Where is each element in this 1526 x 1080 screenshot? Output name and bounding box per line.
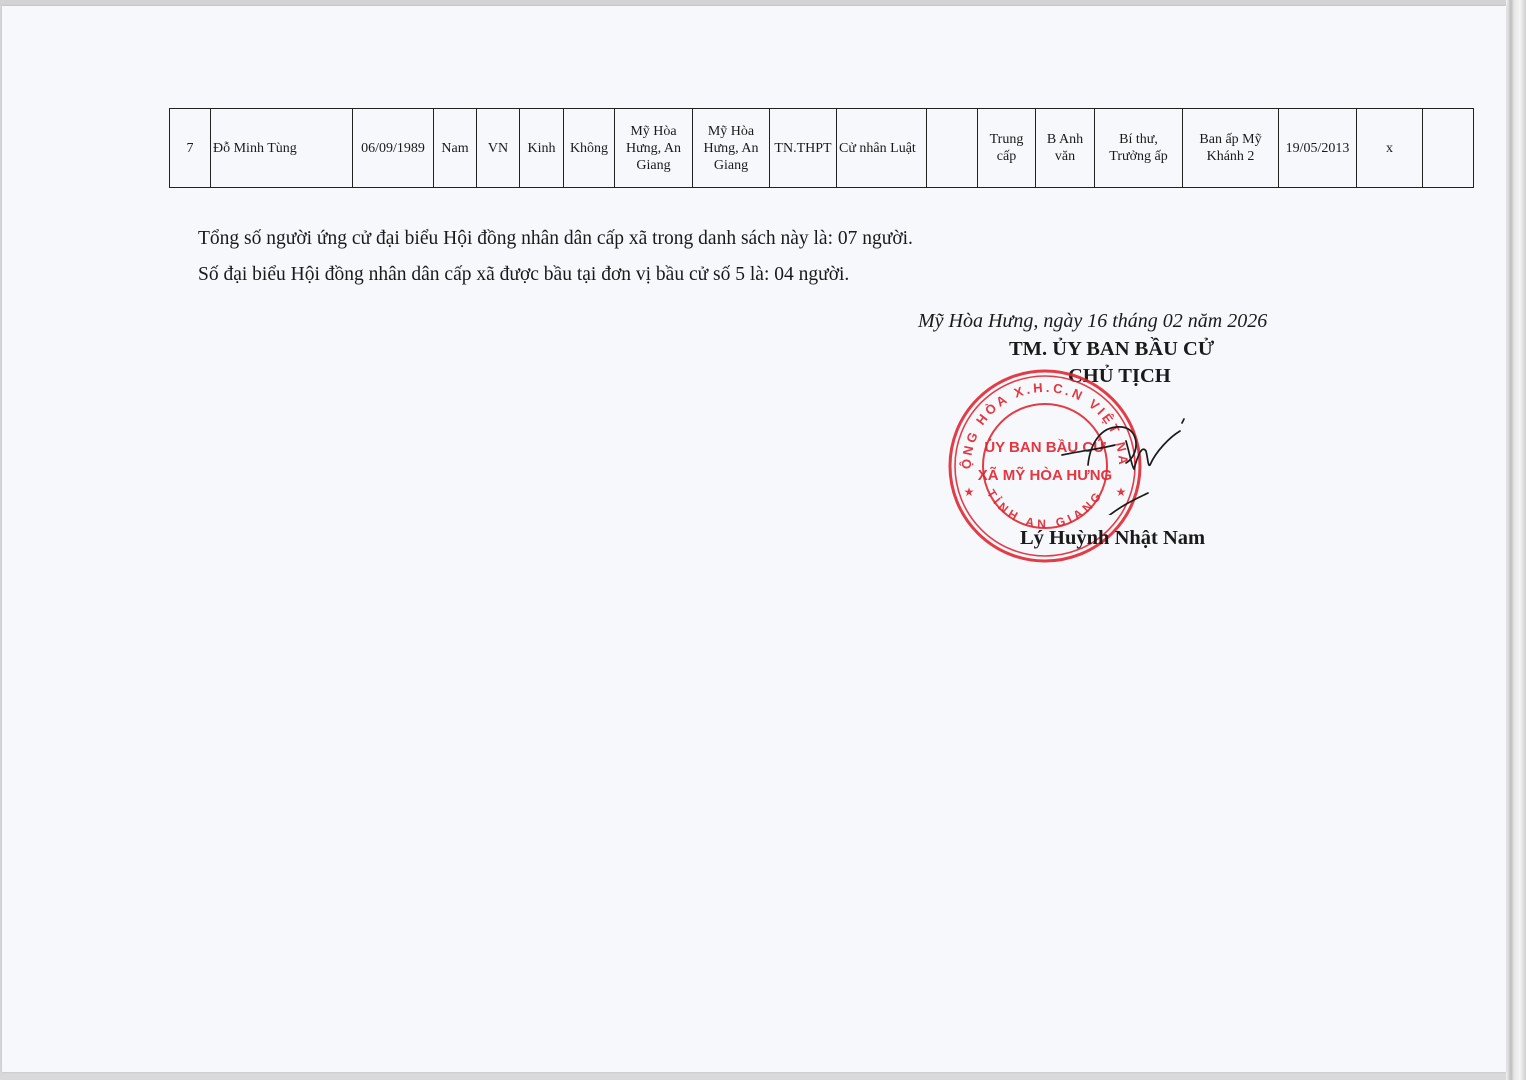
cell-full-name: Đỗ Minh Tùng <box>211 109 353 188</box>
signatory-name: Lý Huỳnh Nhật Nam <box>1020 527 1205 550</box>
signature-place-date: Mỹ Hòa Hưng, ngày 16 tháng 02 năm 2026 <box>918 310 1267 333</box>
summary-seats: Số đại biểu Hội đồng nhân dân cấp xã đượ… <box>198 264 849 286</box>
table-row: 7 Đỗ Minh Tùng 06/09/1989 Nam VN Kinh Kh… <box>170 109 1474 188</box>
cell-workplace: Ban ấp Mỹ Khánh 2 <box>1183 109 1279 188</box>
viewer-right-edge <box>1506 0 1526 1080</box>
cell-professional-degree: Cử nhân Luật <box>837 109 927 188</box>
cell-position: Bí thư, Trưởng ấp <box>1095 109 1183 188</box>
signature-organization: TM. ỦY BAN BẦU CỬ <box>1009 338 1214 361</box>
cell-residence: Mỹ Hòa Hưng, An Giang <box>693 109 770 188</box>
cell-hometown: Mỹ Hòa Hưng, An Giang <box>615 109 693 188</box>
candidate-table: 7 Đỗ Minh Tùng 06/09/1989 Nam VN Kinh Kh… <box>169 108 1474 188</box>
cell-stt: 7 <box>170 109 211 188</box>
cell-political-theory: Trung cấp <box>978 109 1036 188</box>
cell-nationality: VN <box>477 109 520 188</box>
cell-foreign-language: B Anh văn <box>1036 109 1095 188</box>
cell-delegate-mark: x <box>1357 109 1423 188</box>
cell-ethnicity: Kinh <box>520 109 564 188</box>
cell-academic-title <box>927 109 978 188</box>
handwritten-signature-icon <box>1060 415 1200 515</box>
cell-birth-date: 06/09/1989 <box>353 109 434 188</box>
cell-council-mark <box>1423 109 1474 188</box>
cell-gender: Nam <box>434 109 477 188</box>
svg-text:★: ★ <box>964 485 975 499</box>
cell-religion: Không <box>564 109 615 188</box>
summary-total-candidates: Tổng số người ứng cử đại biểu Hội đồng n… <box>198 228 913 250</box>
cell-party-join-date: 19/05/2013 <box>1279 109 1357 188</box>
cell-general-education: TN.THPT <box>770 109 837 188</box>
